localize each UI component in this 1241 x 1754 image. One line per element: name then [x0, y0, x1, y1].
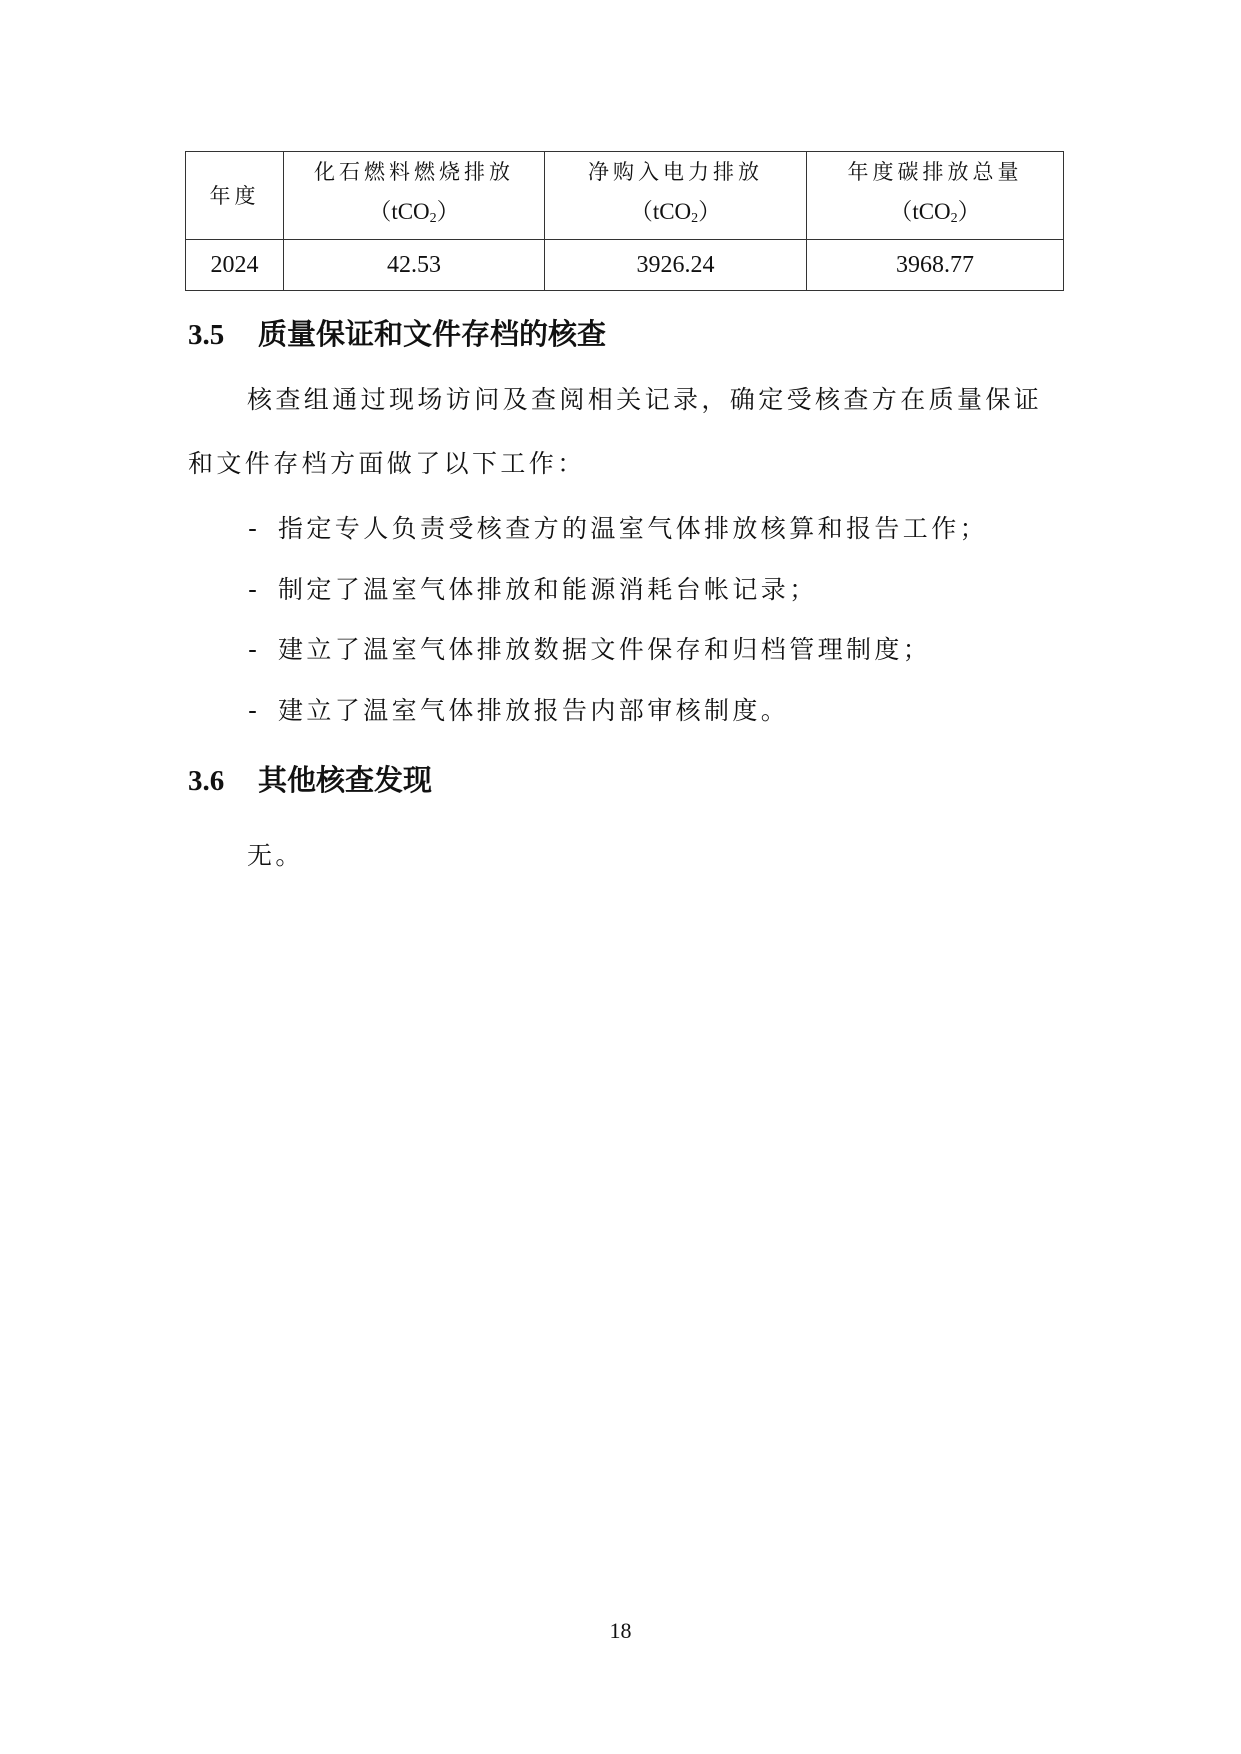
list-item-text: 指定专人负责受核查方的温室气体排放核算和报告工作； — [278, 514, 988, 543]
header-annual-total: 年度碳排放总量 （tCO2） — [807, 152, 1064, 240]
list-item-text: 制定了温室气体排放和能源消耗台帐记录； — [278, 575, 818, 604]
section-heading-3-6: 3.6其他核查发现 — [188, 758, 432, 799]
list-item: -建立了温室气体排放数据文件保存和归档管理制度； — [248, 630, 931, 666]
list-item: -建立了温室气体排放报告内部审核制度。 — [248, 691, 789, 727]
section-title: 质量保证和文件存档的核查 — [258, 317, 606, 351]
table-row: 2024 42.53 3926.24 3968.77 — [186, 240, 1064, 291]
section-number: 3.5 — [188, 319, 258, 352]
header-label: 净购入电力排放 — [545, 152, 806, 192]
list-item-text: 建立了温室气体排放报告内部审核制度。 — [278, 696, 789, 725]
emissions-table: 年度 化石燃料燃烧排放 （tCO2） 净购入电力排放 （tCO2） 年度碳排放总… — [185, 151, 1064, 291]
list-item-text: 建立了温室气体排放数据文件保存和归档管理制度； — [278, 635, 931, 664]
bullet-marker: - — [248, 575, 278, 604]
header-fossil-fuel: 化石燃料燃烧排放 （tCO2） — [284, 152, 545, 240]
list-item: -指定专人负责受核查方的温室气体排放核算和报告工作； — [248, 509, 988, 545]
bullet-marker: - — [248, 635, 278, 664]
cell-year: 2024 — [186, 240, 284, 291]
header-year: 年度 — [186, 152, 284, 240]
header-label: 年度碳排放总量 — [807, 152, 1063, 192]
cell-purchased-electricity: 3926.24 — [545, 240, 807, 291]
header-unit: （tCO2） — [807, 192, 1063, 239]
section-3-6-body: 无。 — [247, 836, 304, 872]
paragraph-line-2: 和文件存档方面做了以下工作： — [188, 444, 586, 480]
header-purchased-electricity: 净购入电力排放 （tCO2） — [545, 152, 807, 240]
header-label: 年度 — [210, 184, 260, 208]
header-unit: （tCO2） — [284, 192, 544, 239]
section-number: 3.6 — [188, 765, 258, 798]
header-unit: （tCO2） — [545, 192, 806, 239]
page-number: 18 — [0, 1618, 1241, 1644]
cell-fossil-fuel: 42.53 — [284, 240, 545, 291]
document-page: 年度 化石燃料燃烧排放 （tCO2） 净购入电力排放 （tCO2） 年度碳排放总… — [0, 0, 1241, 1754]
bullet-marker: - — [248, 696, 278, 725]
header-label: 化石燃料燃烧排放 — [284, 152, 544, 192]
cell-annual-total: 3968.77 — [807, 240, 1064, 291]
table-header-row: 年度 化石燃料燃烧排放 （tCO2） 净购入电力排放 （tCO2） 年度碳排放总… — [186, 152, 1064, 240]
section-title: 其他核查发现 — [258, 763, 432, 797]
paragraph-line-1: 核查组通过现场访问及查阅相关记录，确定受核查方在质量保证 — [247, 380, 1042, 416]
section-heading-3-5: 3.5质量保证和文件存档的核查 — [188, 312, 606, 353]
list-item: -制定了温室气体排放和能源消耗台帐记录； — [248, 570, 818, 606]
bullet-marker: - — [248, 514, 278, 543]
